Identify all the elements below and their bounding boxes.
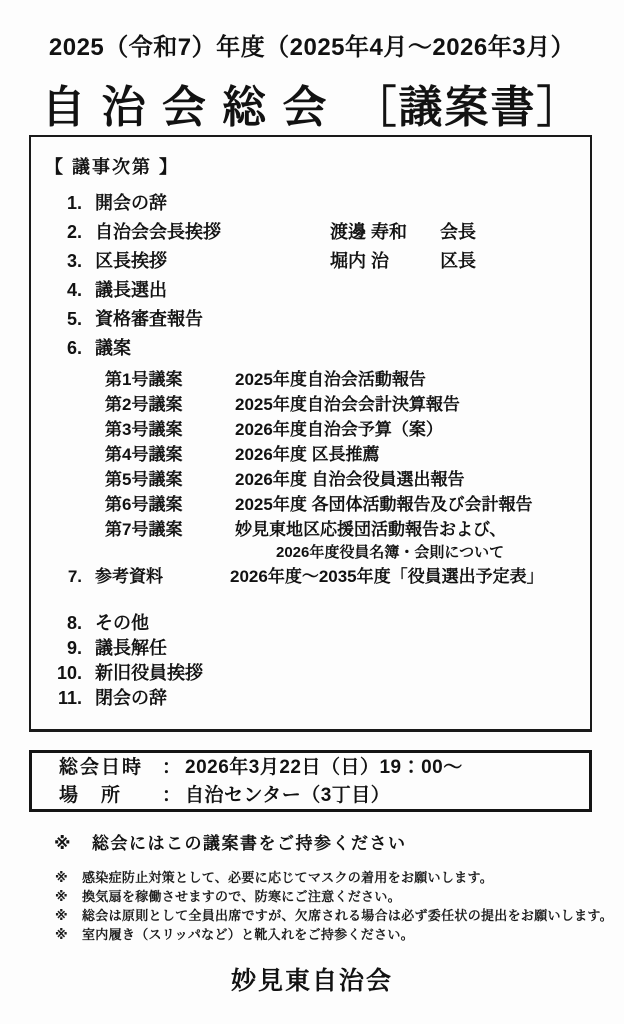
agenda-item-number: 8. [31, 611, 82, 636]
agenda-item-list: 1. 開会の辞 2. 自治会会長挨拶 渡邊 寿和 会長 3. 区長挨拶 堀内 治… [31, 189, 590, 363]
note-text: 感染症防止対策として、必要に応じてマスクの着用をお願いします。 [82, 868, 493, 887]
proposal-description: 2025年度自治会会計決算報告 [235, 392, 460, 417]
reference-mark-icon: ※ [55, 887, 82, 906]
agenda-item-label: 新旧役員挨拶 [95, 661, 330, 686]
note-item: ※ 総会は原則として全員出席ですが、欠席される場合は必ず委任状の提出をお願いしま… [0, 906, 624, 925]
agenda-item-number: 3. [31, 247, 82, 276]
reference-description: 2026年度～2035年度「役員選出予定表」 [230, 564, 544, 589]
note-text: 総会は原則として全員出席ですが、欠席される場合は必ず委任状の提出をお願いします。 [82, 906, 613, 925]
agenda-item-label: その他 [95, 611, 330, 636]
proposal-number: 第5号議案 [105, 467, 235, 492]
reference-mark-icon: ※ [54, 833, 92, 855]
agenda-item-label: 区長挨拶 [95, 247, 330, 276]
meeting-datetime-value: 2026年3月22日（日）19：00～ [185, 755, 463, 780]
agenda-item-number: 1. [31, 189, 82, 218]
notes-section: ※ 総会にはこの議案書をご持参ください ※ 感染症防止対策として、必要に応じてマ… [0, 833, 624, 944]
meeting-info-box: 総会日時 ： 2026年3月22日（日）19：00～ 場 所 ： 自治センター（… [29, 750, 592, 812]
fiscal-year-line: 2025（令和7）年度（2025年4月～2026年3月） [0, 0, 624, 62]
proposal-row: 第3号議案 2026年度自治会予算（案） [31, 417, 590, 442]
proposal-row: 第4号議案 2026年度 区長推薦 [31, 442, 590, 467]
agenda-item: 1. 開会の辞 [31, 189, 590, 218]
reference-mark-icon: ※ [55, 868, 82, 887]
document-page: 2025（令和7）年度（2025年4月～2026年3月） 自 治 会 総 会 ［… [0, 0, 624, 1024]
proposal-description: 2026年度自治会予算（案） [235, 417, 443, 442]
note-item: ※ 換気扇を稼働させますので、防寒にご注意ください。 [0, 887, 624, 906]
meeting-place-row: 場 所 ： 自治センター（3丁目） [32, 783, 589, 808]
agenda-item-number: 4. [31, 276, 82, 305]
meeting-datetime-separator: ： [162, 755, 185, 780]
note-primary: ※ 総会にはこの議案書をご持参ください [0, 833, 624, 855]
agenda-item-role: 会長 [440, 218, 476, 247]
agenda-item: 4. 議長選出 [31, 276, 590, 305]
proposal-row: 第7号議案 妙見東地区応援団活動報告および、 [31, 517, 590, 542]
agenda-item: 8. その他 [31, 611, 590, 636]
meeting-datetime-label: 総会日時 [59, 755, 162, 780]
agenda-item-number: 11. [31, 686, 82, 711]
proposal-row: 第5号議案 2026年度 自治会役員選出報告 [31, 467, 590, 492]
proposal-description-line2: 2026年度役員名簿・会則について [276, 542, 504, 564]
agenda-item-number: 2. [31, 218, 82, 247]
agenda-item-label: 資格審査報告 [95, 305, 330, 334]
proposal-number: 第7号議案 [105, 517, 235, 542]
agenda-item: 2. 自治会会長挨拶 渡邊 寿和 会長 [31, 218, 590, 247]
agenda-item: 9. 議長解任 [31, 636, 590, 661]
meeting-place-label: 場 所 [59, 783, 162, 808]
meeting-place-value: 自治センター（3丁目） [185, 783, 390, 808]
proposal-description: 2026年度 区長推薦 [235, 442, 380, 467]
note-text: 換気扇を稼働させますので、防寒にご注意ください。 [82, 887, 401, 906]
reference-number: 7. [31, 564, 82, 589]
reference-label: 参考資料 [95, 564, 230, 589]
proposal-description: 2026年度 自治会役員選出報告 [235, 467, 465, 492]
agenda-item-number: 6. [31, 334, 82, 363]
agenda-item: 10. 新旧役員挨拶 [31, 661, 590, 686]
agenda-item-label: 議長選出 [95, 276, 330, 305]
agenda-item-label: 閉会の辞 [95, 686, 330, 711]
agenda-item-label: 議案 [95, 334, 330, 363]
page-title: 自 治 会 総 会 ［議案書］ [0, 71, 624, 135]
agenda-item: 5. 資格審査報告 [31, 305, 590, 334]
agenda-item-label: 自治会会長挨拶 [95, 218, 330, 247]
proposal-row: 第6号議案 2025年度 各団体活動報告及び会計報告 [31, 492, 590, 517]
agenda-item: 3. 区長挨拶 堀内 治 区長 [31, 247, 590, 276]
agenda-item-person: 渡邊 寿和 [330, 218, 440, 247]
proposal-number: 第4号議案 [105, 442, 235, 467]
agenda-box: 【 議事次第 】 1. 開会の辞 2. 自治会会長挨拶 渡邊 寿和 会長 3. … [29, 135, 592, 732]
note-item: ※ 室内履き（スリッパなど）と靴入れをご持参ください。 [0, 925, 624, 944]
agenda-item-role: 区長 [440, 247, 476, 276]
agenda-item-number: 10. [31, 661, 82, 686]
agenda-item-number: 5. [31, 305, 82, 334]
proposal-description: 2025年度 各団体活動報告及び会計報告 [235, 492, 533, 517]
agenda-item-label: 議長解任 [95, 636, 330, 661]
meeting-place-separator: ： [162, 783, 185, 808]
note-text: 室内履き（スリッパなど）と靴入れをご持参ください。 [82, 925, 414, 944]
note-text: 総会にはこの議案書をご持参ください [92, 833, 407, 855]
agenda-item-number: 9. [31, 636, 82, 661]
proposal-description: 2025年度自治会活動報告 [235, 367, 426, 392]
note-item: ※ 感染症防止対策として、必要に応じてマスクの着用をお願いします。 [0, 868, 624, 887]
closing-item-list: 8. その他 9. 議長解任 10. 新旧役員挨拶 11. 閉会の辞 [31, 611, 590, 711]
proposal-description-continued: 2026年度役員名簿・会則について [31, 542, 590, 564]
organization-name: 妙見東自治会 [0, 961, 624, 997]
agenda-item: 6. 議案 [31, 334, 590, 363]
proposal-number: 第6号議案 [105, 492, 235, 517]
reference-mark-icon: ※ [55, 906, 82, 925]
proposal-list: 第1号議案 2025年度自治会活動報告 第2号議案 2025年度自治会会計決算報… [31, 367, 590, 589]
reference-row: 7. 参考資料 2026年度～2035年度「役員選出予定表」 [31, 564, 590, 589]
proposal-description: 妙見東地区応援団活動報告および、 [235, 517, 506, 542]
reference-mark-icon: ※ [55, 925, 82, 944]
agenda-heading: 【 議事次第 】 [45, 153, 590, 179]
agenda-item: 11. 閉会の辞 [31, 686, 590, 711]
proposal-row: 第2号議案 2025年度自治会会計決算報告 [31, 392, 590, 417]
agenda-item-person: 堀内 治 [330, 247, 440, 276]
proposal-number: 第2号議案 [105, 392, 235, 417]
agenda-item-label: 開会の辞 [95, 189, 330, 218]
proposal-row: 第1号議案 2025年度自治会活動報告 [31, 367, 590, 392]
proposal-number: 第3号議案 [105, 417, 235, 442]
meeting-datetime-row: 総会日時 ： 2026年3月22日（日）19：00～ [32, 755, 589, 780]
proposal-number: 第1号議案 [105, 367, 235, 392]
